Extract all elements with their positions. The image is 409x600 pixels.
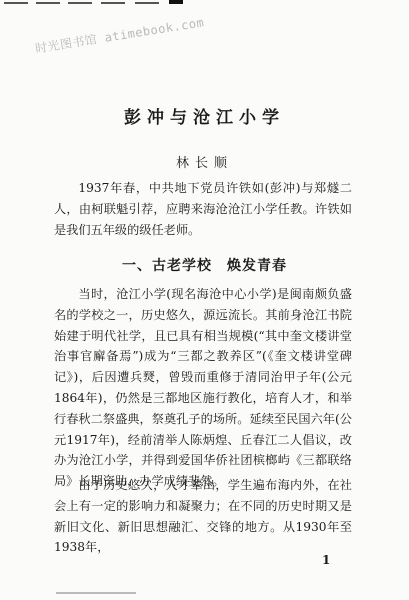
scan-mark	[4, 2, 28, 4]
scan-mark	[169, 0, 183, 4]
scan-top-marks	[0, 0, 409, 6]
page-title: 彭冲与沧江小学	[0, 103, 409, 128]
section-paragraph: 当时，沧江小学(现名海沧中心小学)是闽南颇负盛名的学校之一，历史悠久，源远流长。…	[54, 284, 352, 492]
scan-bottom-mark	[56, 592, 136, 594]
section-heading: 一、古老学校 焕发青春	[0, 255, 409, 275]
author-name: 林长顺	[0, 152, 409, 171]
watermark: 时光图书馆 atimebook.com	[34, 13, 205, 56]
section-paragraph: 由于历史悠久，人才辈出，学生遍布海内外，在社会上有一定的影响力和凝聚力；在不同的…	[54, 475, 352, 558]
scan-mark	[36, 2, 60, 4]
scan-mark	[68, 2, 92, 4]
scan-mark	[101, 2, 125, 4]
page-number: 1	[322, 553, 330, 567]
intro-paragraph: 1937年春，中共地下党员许铁如(彭冲)与郑燧二人，由柯联魁引荐，应聘来海沧沧江…	[54, 178, 352, 240]
scan-mark	[135, 2, 159, 4]
